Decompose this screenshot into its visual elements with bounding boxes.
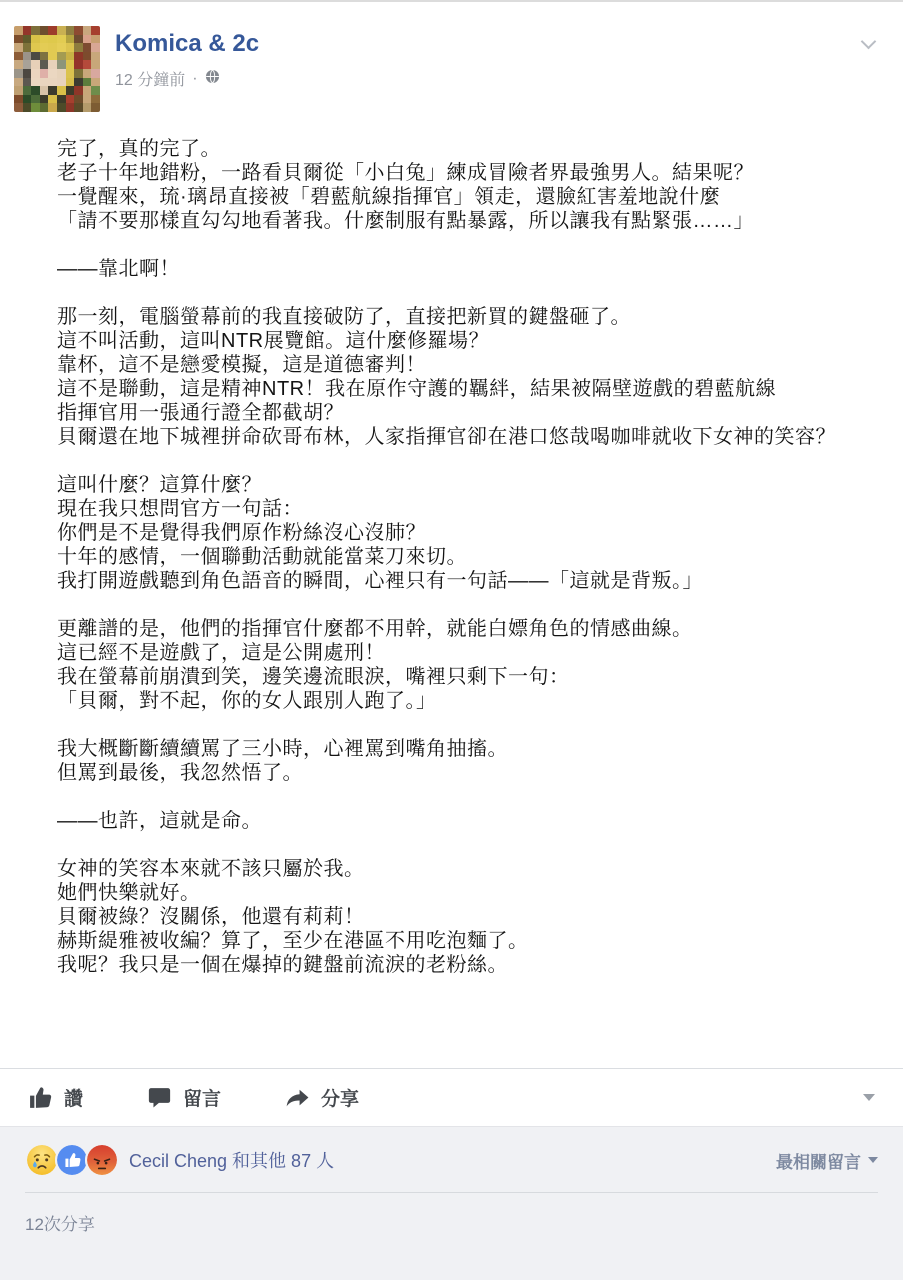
post-line: 我呢？我只是一個在爆掉的鍵盤前流淚的老粉絲。 <box>57 953 863 977</box>
post-paragraph: ——靠北啊！ <box>57 257 863 281</box>
post-line: 赫斯緹雅被收編？算了，至少在港區不用吃泡麵了。 <box>57 929 863 953</box>
post-line: 這不叫活動，這叫NTR展覽館。這什麼修羅場？ <box>57 329 863 353</box>
sad-reaction-icon[interactable] <box>25 1143 59 1177</box>
post-paragraph: 那一刻，電腦螢幕前的我直接破防了，直接把新買的鍵盤砸了。這不叫活動，這叫NTR展… <box>57 305 863 449</box>
meta-separator: · <box>192 70 197 88</box>
post-line: 這不是聯動，這是精神NTR！我在原作守護的羈絆，結果被隔壁遊戲的碧藍航線 <box>57 377 863 401</box>
comment-button-label: 留言 <box>183 1084 221 1111</box>
post-paragraph: 完了，真的完了。老子十年地錯粉，一路看貝爾從「小白兔」練成冒險者界最強男人。結果… <box>57 137 863 233</box>
post-paragraph: 這叫什麼？這算什麼？現在我只想問官方一句話：你們是不是覺得我們原作粉絲沒心沒肺？… <box>57 473 863 593</box>
post-line: 「請不要那樣直勾勾地看著我。什麼制服有點暴露，所以讓我有點緊張……」 <box>57 209 863 233</box>
comments-section: Cecil Cheng 和其他 87 人 最相關留言 12次分享 <box>0 1126 903 1280</box>
post-line: 更離譜的是，他們的指揮官什麼都不用幹，就能白嫖角色的情感曲線。 <box>57 617 863 641</box>
post-line: 我在螢幕前崩潰到笑，邊笑邊流眼淚，嘴裡只剩下一句： <box>57 665 863 689</box>
post-line: 「貝爾，對不起，你的女人跟別人跑了。」 <box>57 689 863 713</box>
post-line: 老子十年地錯粉，一路看貝爾從「小白兔」練成冒險者界最強男人。結果呢？ <box>57 161 863 185</box>
post-line: 完了，真的完了。 <box>57 137 863 161</box>
post-paragraph: 更離譜的是，他們的指揮官什麼都不用幹，就能白嫖角色的情感曲線。這已經不是遊戲了，… <box>57 617 863 713</box>
reaction-icons <box>25 1143 115 1177</box>
post-paragraph: ——也許，這就是命。 <box>57 809 863 833</box>
post-line: 你們是不是覺得我們原作粉絲沒心沒肺？ <box>57 521 863 545</box>
post-line: 現在我只想問官方一句話： <box>57 497 863 521</box>
caret-down-icon <box>868 1157 878 1163</box>
share-arrow-icon <box>285 1085 310 1110</box>
reaction-summary-link[interactable]: Cecil Cheng 和其他 87 人 <box>129 1147 334 1173</box>
post-line: 這叫什麼？這算什麼？ <box>57 473 863 497</box>
post-line: 十年的感情，一個聯動活動就能當菜刀來切。 <box>57 545 863 569</box>
like-button[interactable]: 讚 <box>28 1084 83 1111</box>
post-line: 她們快樂就好。 <box>57 881 863 905</box>
post-line: 指揮官用一張通行證全都截胡？ <box>57 401 863 425</box>
post-line: 那一刻，電腦螢幕前的我直接破防了，直接把新買的鍵盤砸了。 <box>57 305 863 329</box>
page-name-link[interactable]: Komica & 2c <box>115 30 259 58</box>
thumbs-up-icon <box>28 1085 53 1110</box>
timestamp[interactable]: 12 分鐘前 <box>115 67 185 90</box>
comment-sort-label: 最相關留言 <box>776 1148 861 1173</box>
post-line: 我打開遊戲聽到角色語音的瞬間，心裡只有一句話——「這就是背叛。」 <box>57 569 863 593</box>
header-text: Komica & 2c 12 分鐘前 · <box>14 26 878 90</box>
comment-sort-selector[interactable]: 最相關留言 <box>776 1148 878 1173</box>
share-count-link[interactable]: 12次分享 <box>25 1193 878 1252</box>
post-line: 這已經不是遊戲了，這是公開處刑！ <box>57 641 863 665</box>
like-button-label: 讚 <box>64 1084 83 1111</box>
post-line: 我大概斷斷續續罵了三小時，心裡罵到嘴角抽搐。 <box>57 737 863 761</box>
post-line: 靠杯，這不是戀愛模擬，這是道德審判！ <box>57 353 863 377</box>
post-paragraph: 我大概斷斷續續罵了三小時，心裡罵到嘴角抽搐。但罵到最後，我忽然悟了。 <box>57 737 863 785</box>
post-paragraph: 女神的笑容本來就不該只屬於我。她們快樂就好。貝爾被綠？沒關係，他還有莉莉！赫斯緹… <box>57 857 863 977</box>
caret-down-icon[interactable] <box>863 1094 875 1101</box>
reaction-row: Cecil Cheng 和其他 87 人 最相關留言 <box>25 1143 878 1177</box>
post-line: 貝爾被綠？沒關係，他還有莉莉！ <box>57 905 863 929</box>
angry-reaction-icon[interactable] <box>85 1143 119 1177</box>
globe-icon <box>205 69 220 89</box>
page-avatar[interactable] <box>14 26 100 112</box>
post-header: Komica & 2c 12 分鐘前 · <box>0 2 903 90</box>
comment-button[interactable]: 留言 <box>147 1084 221 1111</box>
post-line: 女神的笑容本來就不該只屬於我。 <box>57 857 863 881</box>
post-line: ——也許，這就是命。 <box>57 809 863 833</box>
share-button-label: 分享 <box>321 1084 359 1111</box>
speech-bubble-icon <box>147 1085 172 1110</box>
post-meta[interactable]: 12 分鐘前 · <box>115 67 878 90</box>
chevron-down-icon[interactable] <box>862 36 875 49</box>
post-line: 但罵到最後，我忽然悟了。 <box>57 761 863 785</box>
post-line: 貝爾還在地下城裡拼命砍哥布林，人家指揮官卻在港口悠哉喝咖啡就收下女神的笑容？ <box>57 425 863 449</box>
share-button[interactable]: 分享 <box>285 1084 359 1111</box>
like-reaction-icon[interactable] <box>55 1143 89 1177</box>
post-text: 完了，真的完了。老子十年地錯粉，一路看貝爾從「小白兔」練成冒險者界最強男人。結果… <box>0 90 903 1068</box>
post-line: 一覺醒來，琉·璃昂直接被「碧藍航線指揮官」領走，還臉紅害羞地說什麼 <box>57 185 863 209</box>
action-bar: 讚 留言 分享 <box>0 1068 903 1126</box>
post-line: ——靠北啊！ <box>57 257 863 281</box>
